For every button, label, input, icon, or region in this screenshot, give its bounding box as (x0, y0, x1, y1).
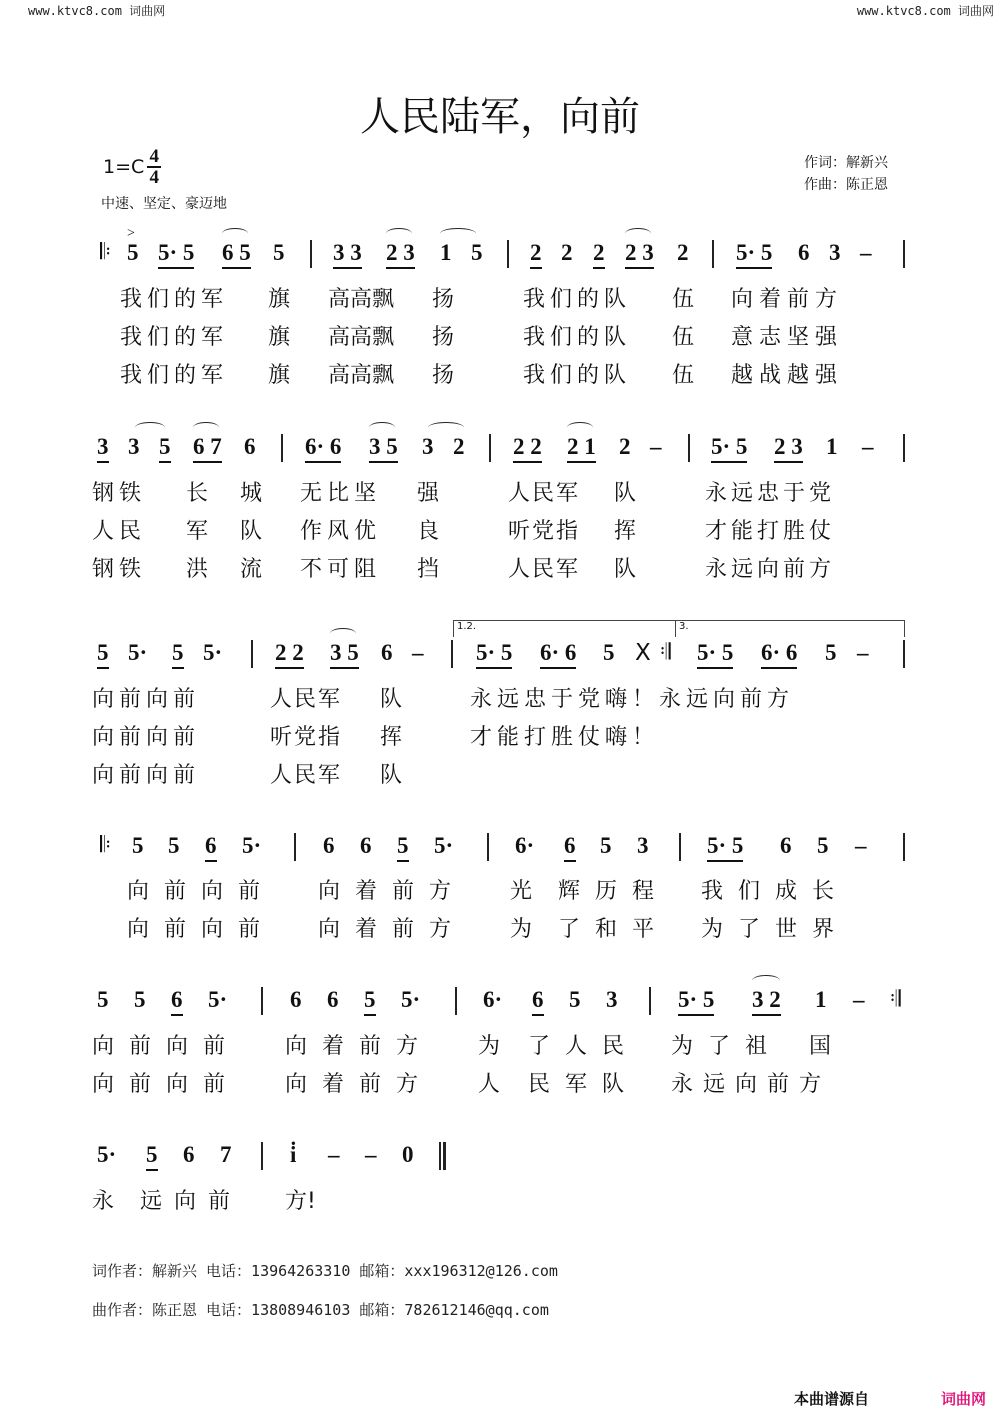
lyrics-line-3b: 向前向前 听党指 挥 才能打胜仗嗨！ (0, 720, 1000, 750)
note: 6 (327, 987, 339, 1013)
lyrics-line-1c: 我们的军 旗 高高飘 扬 我们的队 伍 越战越强 (0, 358, 1000, 388)
lyric: 钢铁 (92, 476, 146, 507)
song-title: 人民陆军，向前 (0, 85, 1000, 142)
note: 6· (515, 833, 534, 859)
lyric: 我们的军 (120, 320, 228, 351)
note: 6 (290, 987, 302, 1013)
note: 5 (817, 833, 829, 859)
lyric: 强 (417, 476, 439, 507)
dash: – (860, 240, 872, 266)
note: 2 3 (774, 434, 803, 463)
lyric: 伍 (672, 320, 694, 351)
note: 1 (826, 434, 838, 460)
lyrics-line-4a: 向前向前 向着前方 光 辉历程 我们成长 (0, 874, 1000, 904)
barline (649, 987, 651, 1015)
dash: – (853, 987, 865, 1013)
lyric: 永远忠于党 (705, 476, 835, 507)
time-sig-bottom: 4 (150, 168, 160, 187)
notation-line-2: 3 3 5 6 7 6 6· 6 3 5 3 2 2 2 2 1 2 – 5· … (0, 434, 1000, 474)
lyric: 挥 (614, 514, 636, 545)
note: 5· 5 (158, 240, 194, 269)
lyric: 军 (186, 514, 208, 545)
slur (330, 628, 356, 639)
key-label: 1=C (103, 156, 144, 178)
barline (451, 640, 453, 668)
note: 5 (364, 987, 376, 1016)
note: 6 (798, 240, 810, 266)
lyric: 扬 (432, 282, 454, 313)
lyric: 向着前方 (731, 282, 843, 313)
note: 6· 6 (305, 434, 341, 463)
lyrics-line-3c: 向前向前 人民军 队 (0, 758, 1000, 788)
lyric: 高高飘 (328, 282, 394, 313)
slur (135, 422, 165, 433)
lyric: 光 (510, 874, 532, 905)
lyric: 听党指 (270, 720, 342, 751)
credits: 作词：解新兴 作曲：陈正恩 (804, 152, 888, 196)
note: 6 5 (222, 240, 251, 269)
lyric: 向着前方 (318, 874, 466, 905)
lyrics-line-1b: 我们的军 旗 高高飘 扬 我们的队 伍 意志坚强 (0, 320, 1000, 350)
final-barline (439, 1142, 441, 1170)
lyric: 意志坚强 (731, 320, 843, 351)
note: 5 (471, 240, 483, 266)
note: 2 (619, 434, 631, 460)
barline (903, 434, 905, 462)
lyric: 我们的队 (523, 282, 631, 313)
barline (903, 240, 905, 268)
key-signature: 1=C 4 4 (103, 147, 161, 187)
note: 0 (402, 1142, 414, 1168)
dash: – (650, 434, 662, 460)
note: 5· (401, 987, 420, 1013)
lyrics-line-3a: 向前向前 人民军 队 永远忠于党嗨！永远向前方 (0, 682, 1000, 712)
note: 6· 6 (761, 640, 797, 669)
lyric: 人民 (92, 514, 146, 545)
dash: – (328, 1142, 340, 1168)
lyric: 高高飘 (328, 320, 394, 351)
slur (567, 422, 593, 433)
lyric: 旗 (268, 358, 290, 389)
lyric: 永远忠于党嗨！永远向前方 (470, 682, 794, 713)
note: 5 (97, 987, 109, 1013)
lyric: 为 (478, 1029, 500, 1060)
note: 2 1 (567, 434, 596, 463)
lyric: 扬 (432, 358, 454, 389)
note: 5 (146, 1142, 158, 1171)
lyric: 队 (240, 514, 262, 545)
time-sig-top: 4 (150, 147, 160, 166)
lyric: 向着前方 (318, 912, 466, 943)
lyric: 我们的军 (120, 358, 228, 389)
lyric: 旗 (268, 320, 290, 351)
note: 6 (381, 640, 393, 666)
note: 5 (603, 640, 615, 666)
lyric: 了和平 (558, 912, 669, 943)
dash: – (855, 833, 867, 859)
note: 6· 6 (540, 640, 576, 669)
lyric: 了人民 (528, 1029, 639, 1060)
note: 3 5 (330, 640, 359, 669)
lyric: 高高飘 (328, 358, 394, 389)
lyric: 向前向前 (92, 682, 200, 713)
lyric: 永 (92, 1184, 114, 1215)
lyric: 不可阻 (300, 552, 381, 583)
lyric: 长 (186, 476, 208, 507)
lyric: 城 (240, 476, 262, 507)
lyric: 向着前方 (285, 1067, 433, 1098)
lyric: 向前向前 (127, 874, 275, 905)
lyric: 队 (614, 552, 636, 583)
note: 5 (273, 240, 285, 266)
slur (386, 228, 412, 239)
lyric: 越战越强 (731, 358, 843, 389)
barline (261, 987, 263, 1015)
lyric: 流 (240, 552, 262, 583)
note: 6 7 (193, 434, 222, 463)
lyric: 人 (478, 1067, 500, 1098)
composer: 作曲：陈正恩 (804, 174, 888, 196)
barline (712, 240, 714, 268)
lyric: 我们的队 (523, 320, 631, 351)
note: 1 (815, 987, 827, 1013)
barline (310, 240, 312, 268)
note: 3 2 (752, 987, 781, 1016)
note: 5 (132, 833, 144, 859)
dash: – (857, 640, 869, 666)
note: 5 (159, 434, 171, 463)
volta-3: 3. (675, 620, 905, 637)
repeat-end-icon: 𝄇 (890, 987, 901, 1012)
note: 5 (569, 987, 581, 1013)
note: 2 3 (625, 240, 654, 269)
note: 5 (97, 640, 109, 669)
note: 5· (242, 833, 261, 859)
lyric: 才能打胜仗 (705, 514, 835, 545)
barline (261, 1142, 263, 1170)
lyric: 作风优 (300, 514, 381, 545)
note: 2 (453, 434, 465, 460)
lyric: 挥 (380, 720, 402, 751)
note: 5· (434, 833, 453, 859)
lyric: 为 (510, 912, 532, 943)
lyric: 挡 (417, 552, 439, 583)
lyric: 旗 (268, 282, 290, 313)
note: 5 (134, 987, 146, 1013)
note: 2 2 (513, 434, 542, 463)
lyrics-line-2a: 钢铁 长 城 无比坚 强 人民军 队 永远忠于党 (0, 476, 1000, 506)
barline (507, 240, 509, 268)
note: 2 (593, 240, 605, 269)
final-barline-thick (443, 1142, 446, 1170)
barline (487, 833, 489, 861)
note: 5· (128, 640, 147, 666)
note: 6 (780, 833, 792, 859)
note: 5· 5 (711, 434, 747, 463)
lyric: 永远向前方 (671, 1067, 831, 1098)
time-signature: 4 4 (147, 147, 161, 187)
barline (489, 434, 491, 462)
note: 5 (600, 833, 612, 859)
lyric: 队 (380, 682, 402, 713)
lyricist: 作词：解新兴 (804, 152, 888, 174)
lyric: 向前向前 (92, 1029, 240, 1060)
note: 5· 5 (697, 640, 733, 669)
note: 5· 5 (736, 240, 772, 269)
lyric: 我们成长 (701, 874, 849, 905)
note: 5 (172, 640, 184, 669)
notation-line-5: 5 5 6 5· 6 6 5 5· 6· 6 5 3 5· 5 3 2 1 – … (0, 987, 1000, 1027)
note: 3 5 (369, 434, 398, 463)
barline (294, 833, 296, 861)
note: 6 (171, 987, 183, 1016)
note: 5· 5 (476, 640, 512, 669)
notation-line-3: 5 5· 5 5· 2 2 3 5 6 – 5· 5 6· 6 5 X 𝄇 5·… (0, 640, 1000, 680)
source-brand-logo[interactable]: 词曲网 (941, 1388, 986, 1409)
lyric: 人民军 (270, 758, 342, 789)
slur (369, 422, 395, 433)
lyrics-line-6a: 永 远向前 方! (0, 1184, 1000, 1214)
lyric: 伍 (672, 282, 694, 313)
note: 3 3 (333, 240, 362, 269)
lyrics-line-1a: 我们的军 旗 高高飘 扬 我们的队 伍 向着前方 (0, 282, 1000, 312)
repeat-start-icon: 𝄆 (100, 240, 111, 265)
barline (903, 640, 905, 668)
note: 6 (564, 833, 576, 862)
note: 5 (825, 640, 837, 666)
lyric: 向前向前 (92, 1067, 240, 1098)
barline (903, 833, 905, 861)
barline (251, 640, 253, 668)
note: 6 (360, 833, 372, 859)
composer-contact: 曲作者：陈正恩 电话：13808946103 邮箱：782612146@qq.c… (92, 1299, 549, 1320)
note: 3 (637, 833, 649, 859)
lyric: 永远向前方 (705, 552, 835, 583)
lyric: 洪 (186, 552, 208, 583)
note: 6 (532, 987, 544, 1016)
note: 3 (606, 987, 618, 1013)
lyrics-line-2c: 钢铁 洪 流 不可阻 挡 人民军 队 永远向前方 (0, 552, 1000, 582)
notation-line-1: 𝄆 > 5 5· 5 6 5 5 3 3 2 3 1 5 2 2 2 2 3 2… (0, 240, 1000, 280)
lyricist-contact: 词作者：解新兴 电话：13964263310 邮箱：xxx196312@126.… (92, 1260, 558, 1281)
lyrics-line-5a: 向前向前 向着前方 为 了人民 为了祖 国 (0, 1029, 1000, 1059)
dash: – (862, 434, 874, 460)
lyric: 队 (614, 476, 636, 507)
repeat-start-icon: 𝄆 (100, 833, 111, 858)
lyric: 辉历程 (558, 874, 669, 905)
lyric: 良 (417, 514, 439, 545)
note: 5· (203, 640, 222, 666)
note: 5· (97, 1142, 116, 1168)
lyric: 人民军 (508, 552, 580, 583)
note: 6 (323, 833, 335, 859)
watermark-left: www.ktvc8.com 词曲网 (28, 2, 165, 19)
note: 5· 5 (678, 987, 714, 1016)
note-x: X (635, 640, 651, 666)
note: 3 (128, 434, 140, 460)
tempo-marking: 中速、坚定、豪迈地 (101, 193, 227, 213)
note: 6 (205, 833, 217, 862)
lyric: 听党指 (508, 514, 580, 545)
slur (222, 228, 248, 239)
note: 3 (422, 434, 434, 460)
barline (679, 833, 681, 861)
note: 6 (183, 1142, 195, 1168)
lyric: 向前向前 (92, 720, 200, 751)
lyric: 民军队 (528, 1067, 639, 1098)
slur (752, 975, 780, 986)
barline (455, 987, 457, 1015)
note: 2 (561, 240, 573, 266)
dash: – (412, 640, 424, 666)
lyric: 为了世界 (701, 912, 849, 943)
lyric: 我们的队 (523, 358, 631, 389)
note: 3 (97, 434, 109, 463)
lyric: 方! (285, 1184, 316, 1215)
note: 2 3 (386, 240, 415, 269)
lyric: 为了祖 (671, 1029, 782, 1060)
note: 7 (220, 1142, 232, 1168)
note: 2 (677, 240, 689, 266)
lyric: 向前向前 (92, 758, 200, 789)
note: 6· (483, 987, 502, 1013)
lyric: 伍 (672, 358, 694, 389)
lyric: 向着前方 (285, 1029, 433, 1060)
notation-line-4: 𝄆 5 5 6 5· 6 6 5 5· 6· 6 5 3 5· 5 6 5 – (0, 833, 1000, 873)
lyric: 人民军 (508, 476, 580, 507)
note: 1 (440, 240, 452, 266)
slur (193, 422, 219, 433)
note: 3 (829, 240, 841, 266)
lyrics-line-4b: 向前向前 向着前方 为 了和平 为了世界 (0, 912, 1000, 942)
volta-1-2: 1.2. (453, 620, 675, 637)
lyric: 我们的军 (120, 282, 228, 313)
lyric: 人民军 (270, 682, 342, 713)
lyric: 国 (809, 1029, 831, 1060)
note: 2 (530, 240, 542, 269)
barline (688, 434, 690, 462)
note: 5 (127, 240, 139, 266)
note: 6 (244, 434, 256, 460)
slur (625, 228, 651, 239)
note: 5 (168, 833, 180, 859)
slur (440, 228, 476, 239)
slur (428, 422, 464, 433)
lyric: 远向前 (140, 1184, 242, 1215)
lyrics-line-5b: 向前向前 向着前方 人 民军队 永远向前方 (0, 1067, 1000, 1097)
source-label: 本曲谱源自 (794, 1388, 869, 1409)
note: 5 (397, 833, 409, 862)
barline (281, 434, 283, 462)
notation-line-6: 5· 5 6 7 i̇ – – 0 (0, 1142, 1000, 1182)
note: i̇ (290, 1142, 296, 1168)
note: 5· (208, 987, 227, 1013)
lyric: 钢铁 (92, 552, 146, 583)
note: 2 2 (275, 640, 304, 669)
lyric: 向前向前 (127, 912, 275, 943)
note: 5· 5 (707, 833, 743, 862)
dash: – (365, 1142, 377, 1168)
lyric: 队 (380, 758, 402, 789)
lyric: 无比坚 (300, 476, 381, 507)
watermark-right: www.ktvc8.com 词曲网 (857, 2, 994, 19)
lyric: 扬 (432, 320, 454, 351)
lyrics-line-2b: 人民 军 队 作风优 良 听党指 挥 才能打胜仗 (0, 514, 1000, 544)
repeat-end-icon: 𝄇 (660, 640, 671, 665)
lyric: 才能打胜仗嗨！ (470, 720, 659, 751)
